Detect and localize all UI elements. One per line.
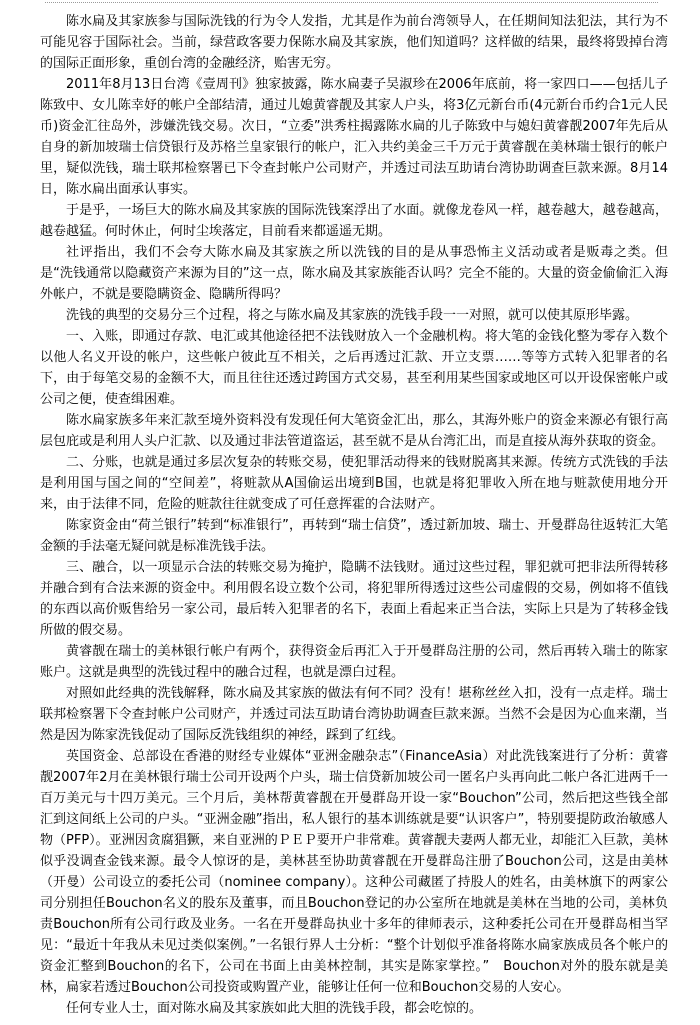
- paragraph-tornado: 于是乎，一场巨大的陈水扁及其家族的国际洗钱案浮出了水面。就像龙卷风一样，越卷越大…: [40, 200, 668, 242]
- paragraph-stage-one-placement: 一、入账，即通过存款、电汇或其他途径把不法钱财放入一个金融机构。将大笔的金钱化整…: [40, 326, 668, 410]
- paragraph-bank-transfers: 陈家资金由“荷兰银行”转到“标准银行”，再转到“瑞士信贷”，透过新加坡、瑞士、开…: [40, 515, 668, 557]
- article-body: 陈水扁及其家族参与国际洗钱的行为令人发指，尤其是作为前台湾领导人，在任期间知法犯…: [0, 3, 700, 1019]
- paragraph-stage-three-integration: 三、融合，以一项显示合法的转账交易为掩护，隐瞒不法钱财。通过这些过程，罪犯就可把…: [40, 557, 668, 641]
- paragraph-classic-comparison: 对照如此经典的洗钱解释，陈水扁及其家族的做法有何不同？没有！堪称丝丝入扣，没有一…: [40, 683, 668, 746]
- paragraph-weekly-expose: 2011年8月13日台湾《壹周刊》独家披露，陈水扁妻子吴淑珍在2006年底前，将…: [40, 74, 668, 200]
- article-page: 陈水扁及其家族参与国际洗钱的行为令人发指，尤其是作为前台湾领导人，在任期间知法犯…: [0, 0, 700, 1025]
- paragraph-conclusion: 任何专业人士，面对陈水扁及其家族如此大胆的洗钱手段，都会吃惊的。: [40, 998, 668, 1019]
- paragraph-financeasia-analysis: 英国资金、总部设在香港的财经专业媒体“亚洲金融杂志”（FinanceAsia）对…: [40, 746, 668, 998]
- paragraph-merrill-accounts: 黄睿靓在瑞士的美林银行帐户有两个，获得资金后再汇入于开曼群岛注册的公司，然后再转…: [40, 641, 668, 683]
- paragraph-overseas-funds: 陈水扁家族多年来汇款至境外资料没有发现任何大笔资金汇出，那么，其海外账户的资金来…: [40, 410, 668, 452]
- paragraph-three-stages: 洗钱的典型的交易分三个过程，将之与陈水扁及其家族的洗钱手段一一对照，就可以使其原…: [40, 305, 668, 326]
- paragraph-stage-two-layering: 二、分账，也就是通过多层次复杂的转账交易，使犯罪活动得来的钱财脱离其来源。传统方…: [40, 452, 668, 515]
- paragraph-editorial: 社评指出，我们不会夸大陈水扁及其家族之所以洗钱的目的是从事恐怖主义活动或者是贩毒…: [40, 242, 668, 305]
- paragraph-intro: 陈水扁及其家族参与国际洗钱的行为令人发指，尤其是作为前台湾领导人，在任期间知法犯…: [40, 11, 668, 74]
